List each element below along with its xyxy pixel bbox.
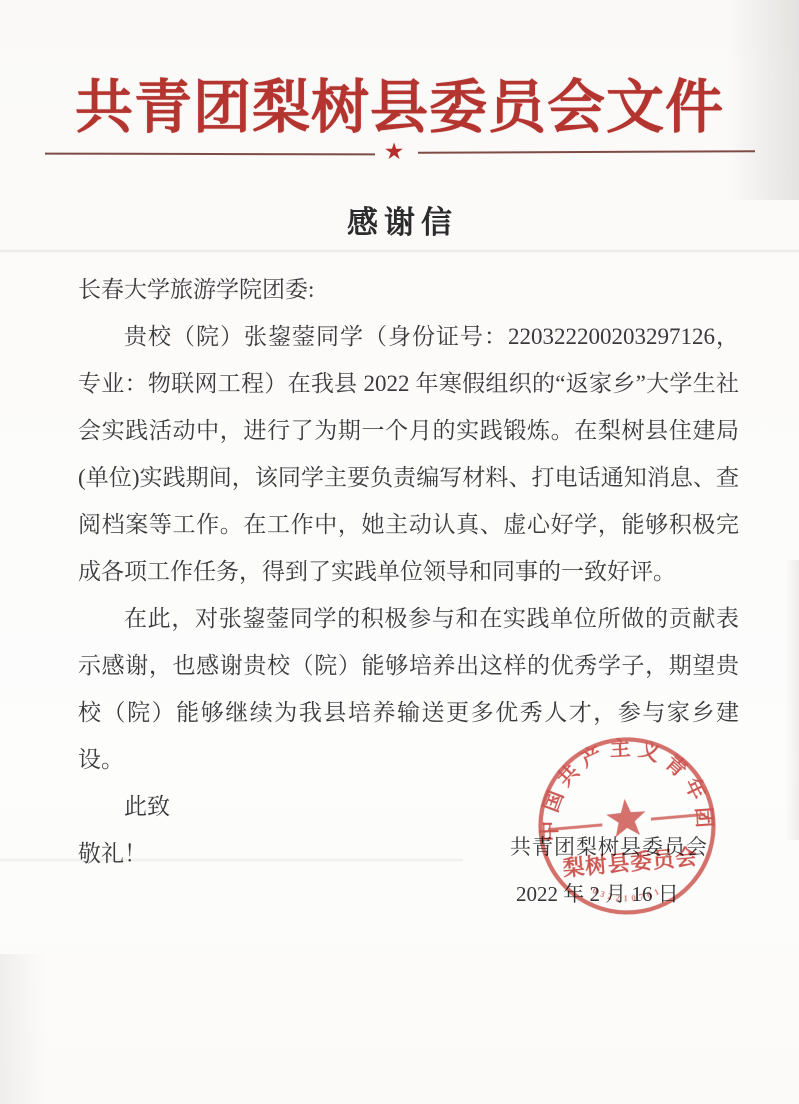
recipient-line: 长春大学旅游学院团委:	[78, 266, 739, 313]
scan-shadow-right	[785, 560, 799, 840]
letter-title: 感谢信	[0, 197, 799, 242]
body-paragraph-1: 贵校（院）张鋆蓥同学（身份证号：220322200203297126，专业：物联…	[78, 313, 739, 595]
seal-center-text: 梨树县委员会	[562, 844, 699, 881]
seal-graphic: 中国共产主义青年团 梨树县委员会 032210761	[525, 719, 730, 933]
letterhead-title: 共青团梨树县委员会文件	[0, 60, 799, 144]
seal-star-icon	[605, 797, 647, 838]
red-star-icon: ★	[374, 139, 414, 165]
seal-serial: 032210761	[590, 879, 664, 906]
scanned-letter-page: 共青团梨树县委员会文件 ★ 感谢信 长春大学旅游学院团委: 贵校（院）张鋆蓥同学…	[0, 0, 799, 1104]
letterhead-divider-left	[45, 153, 375, 156]
paper-crease-upper	[0, 249, 799, 253]
scan-shadow-bottom-left	[0, 954, 46, 1104]
letterhead-divider-right	[418, 150, 755, 153]
official-seal: 中国共产主义青年团 梨树县委员会 032210761	[525, 719, 730, 933]
